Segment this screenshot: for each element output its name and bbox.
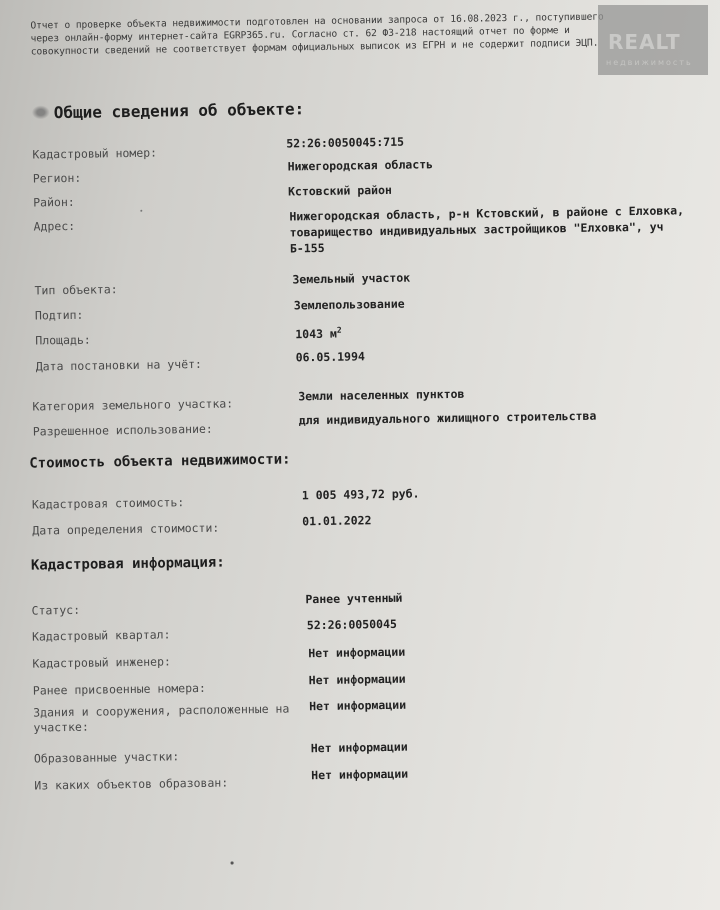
field-label-region: Регион: xyxy=(33,171,82,186)
field-value-formed-plots: Нет информации xyxy=(311,739,408,757)
area-number: 1043 м xyxy=(295,327,337,342)
field-value-object-type: Земельный участок xyxy=(292,270,410,288)
field-value-status: Ранее учтенный xyxy=(305,590,402,608)
watermark-subtitle: недвижимость xyxy=(606,58,693,67)
section-title-general: Общие сведения об объекте: xyxy=(54,99,305,122)
paper-speck xyxy=(140,210,142,212)
field-value-source-objects: Нет информации xyxy=(311,766,408,784)
field-label-cadastral-quarter: Кадастровый квартал: xyxy=(32,627,171,643)
field-value-address: Нижегородская область, р-н Кстовский, в … xyxy=(289,202,690,256)
field-value-subtype: Землепользование xyxy=(294,296,405,314)
field-label-source-objects: Из каких объектов образован: xyxy=(34,776,228,793)
field-value-district: Кстовский район xyxy=(288,182,392,200)
area-unit-exponent: 2 xyxy=(337,326,342,335)
field-label-land-category: Категория земельного участка: xyxy=(32,396,233,413)
field-label-address: Адрес: xyxy=(33,219,75,234)
field-label-formed-plots: Образованные участки: xyxy=(34,749,180,765)
field-value-region: Нижегородская область xyxy=(288,156,434,174)
field-label-cadastral-number: Кадастровый номер: xyxy=(32,146,157,162)
field-label-previous-numbers: Ранее присвоенные номера: xyxy=(33,681,206,698)
field-label-object-type: Тип объекта: xyxy=(34,282,117,297)
field-label-registration-date: Дата постановки на учёт: xyxy=(36,357,202,374)
watermark-brand: REALT xyxy=(608,30,681,54)
field-value-permitted-use: для индивидуального жилищного строительс… xyxy=(299,408,597,429)
section-title-cost: Стоимость объекта недвижимости: xyxy=(29,451,291,471)
field-label-cost-date: Дата определения стоимости: xyxy=(32,521,219,538)
field-value-buildings: Нет информации xyxy=(309,697,406,715)
field-label-cadastral-cost: Кадастровая стоимость: xyxy=(32,495,185,511)
field-label-area: Площадь: xyxy=(35,333,91,348)
field-label-subtype: Подтип: xyxy=(35,308,84,323)
document-sheet: Отчет о проверке объекта недвижимости по… xyxy=(0,0,720,910)
field-value-cadastral-quarter: 52:26:0050045 xyxy=(307,616,397,633)
field-label-district: Район: xyxy=(33,195,75,210)
field-label-cadastral-engineer: Кадастровый инженер: xyxy=(32,654,171,670)
field-label-permitted-use: Разрешенное использование: xyxy=(33,422,213,439)
section-title-cadastral: Кадастровая информация: xyxy=(31,555,225,574)
field-label-buildings: Здания и сооружения, расположенные на уч… xyxy=(33,701,293,735)
field-value-cost-date: 01.01.2022 xyxy=(302,512,371,529)
field-label-status: Статус: xyxy=(31,603,80,618)
report-notice: Отчет о проверке объекта недвижимости по… xyxy=(30,10,611,58)
field-value-area: 1043 м2 xyxy=(295,323,342,343)
field-value-cadastral-number: 52:26:0050045:715 xyxy=(286,134,404,152)
field-value-cadastral-engineer: Нет информации xyxy=(308,644,405,662)
field-value-registration-date: 06.05.1994 xyxy=(296,348,365,365)
star-bullet-icon xyxy=(32,105,50,119)
field-value-cadastral-cost: 1 005 493,72 руб. xyxy=(302,485,420,503)
paper-speck xyxy=(231,861,234,864)
field-value-previous-numbers: Нет информации xyxy=(309,671,406,689)
field-value-land-category: Земли населенных пунктов xyxy=(298,386,464,405)
